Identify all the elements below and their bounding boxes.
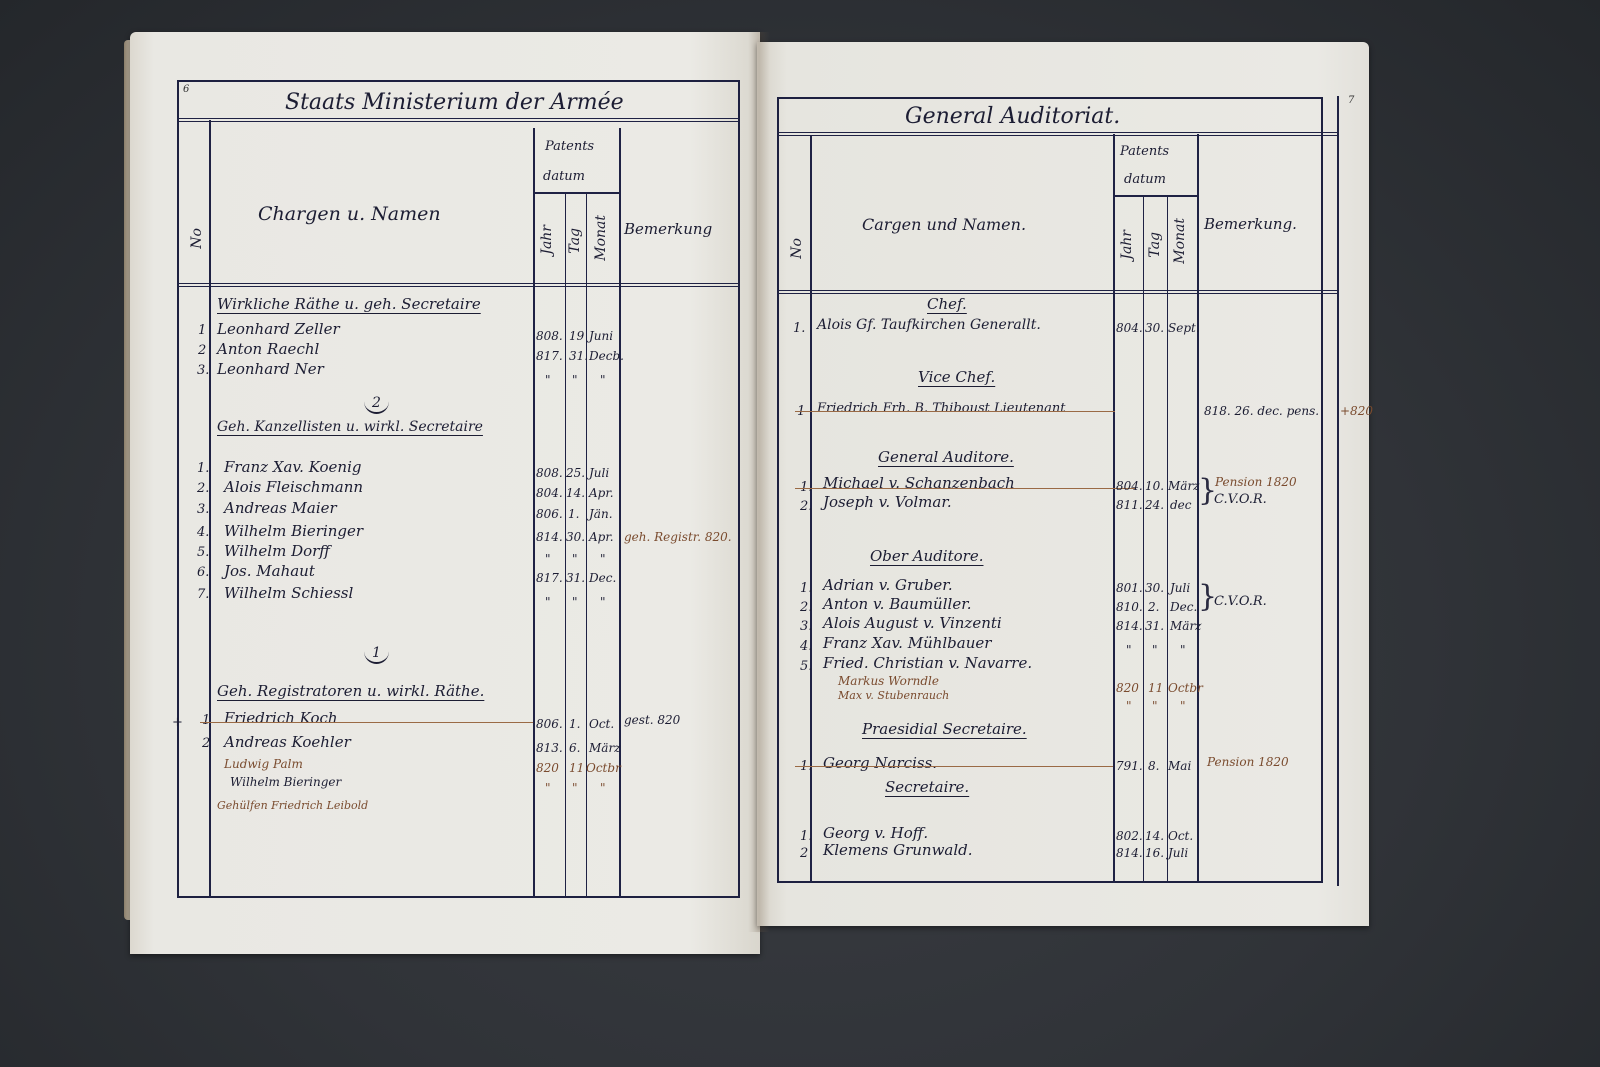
row-day: " — [572, 374, 578, 386]
row-month: Jän. — [589, 508, 613, 520]
row-year: 791. — [1116, 760, 1143, 772]
brace-remark: C.V.O.R. — [1214, 595, 1267, 608]
row-name: Markus Worndle — [838, 675, 939, 687]
strike-through-line — [795, 766, 1113, 767]
row-name: Georg Narciss. — [823, 756, 937, 771]
margin-death-mark: +820 — [1340, 405, 1373, 417]
row-name: Alois Gf. Taufkirchen Generallt. — [817, 318, 1041, 332]
row-day: 25. — [566, 467, 585, 479]
row-name: Leonhard Zeller — [217, 322, 340, 337]
row-day: 31. — [569, 350, 588, 362]
brace-remark: C.V.O.R. — [1214, 493, 1267, 506]
row-month: Juli — [1168, 847, 1188, 859]
row-name: Anton v. Baumüller. — [823, 597, 971, 612]
title-divider — [177, 118, 740, 122]
row-year: 808. — [536, 467, 563, 479]
row-year: 814. — [536, 531, 563, 543]
row-no: 5. — [197, 546, 209, 559]
open-ledger-book: 6 Staats Ministerium der Armée No Charge… — [0, 0, 1600, 1067]
row-year: " — [545, 782, 551, 794]
row-name: Franz Xav. Koenig — [224, 460, 361, 475]
row-name: Joseph v. Volmar. — [823, 495, 952, 510]
col-patent-label: Patents — [545, 140, 594, 153]
row-no: 4. — [197, 526, 209, 539]
strike-through-line — [200, 722, 533, 723]
title-divider — [777, 132, 1337, 136]
row-year: 808. — [536, 330, 563, 342]
row-no: 3. — [197, 503, 209, 516]
col-month-label: Monat — [594, 215, 608, 261]
row-remark: geh. Registr. 820. — [624, 531, 732, 543]
row-day: " — [572, 782, 578, 794]
row-month: Octbr — [1168, 682, 1203, 694]
row-day: 30. — [1145, 322, 1164, 334]
row-name: Wilhelm Bieringer — [230, 776, 341, 788]
row-day: 1. — [569, 718, 580, 730]
row-day: 14. — [566, 487, 585, 499]
row-no: 2. — [197, 482, 209, 495]
row-month: März — [1168, 480, 1200, 492]
row-year: 810. — [1116, 601, 1143, 613]
row-day: 6. — [569, 742, 580, 754]
row-no: 1. — [793, 322, 805, 335]
row-month: Dec. — [1170, 601, 1197, 613]
row-day: 19 — [569, 330, 584, 342]
row-name: Ludwig Palm — [224, 758, 303, 770]
patent-column-rule — [533, 128, 535, 898]
row-name: Friedrich Frh. B. Thiboust Lieutenant — [817, 402, 1066, 415]
row-no: 2 — [202, 737, 210, 750]
row-no: 1. — [800, 830, 812, 843]
row-year: 814. — [1116, 847, 1143, 859]
row-year: 820 — [1116, 682, 1139, 694]
row-year: 817. — [536, 350, 563, 362]
day-column-rule — [1143, 196, 1144, 883]
strike-through-line — [795, 488, 1135, 489]
row-month: Dec. — [589, 572, 616, 584]
row-name: Andreas Maier — [224, 501, 337, 516]
row-day: 2. — [1148, 601, 1159, 613]
row-month: Mai — [1168, 760, 1191, 772]
row-day: 1. — [568, 508, 579, 520]
col-no-label: No — [790, 238, 804, 259]
row-month: Apr. — [589, 531, 614, 543]
row-month: " — [600, 596, 606, 608]
section-heading: Praesidial Secretaire. — [862, 722, 1027, 737]
row-month: " — [1180, 644, 1186, 656]
row-no: 1 — [198, 324, 206, 337]
row-day: 31. — [1145, 620, 1164, 632]
row-name: Georg v. Hoff. — [823, 826, 928, 841]
row-month: März — [1170, 620, 1202, 632]
col-patent-label: Patents — [1120, 145, 1169, 158]
section-heading: Wirkliche Räthe u. geh. Secretaire — [217, 297, 481, 312]
row-name: Anton Raechl — [217, 342, 319, 357]
row-month: Decb. — [589, 350, 624, 362]
col-datum-label: datum — [1124, 173, 1166, 186]
right-outer-rule — [1337, 96, 1339, 886]
row-remark: Pension 1820 — [1215, 476, 1297, 488]
row-no: 1. — [800, 582, 812, 595]
row-year: 804. — [1116, 480, 1143, 492]
row-month: Juni — [589, 330, 613, 342]
row-year: " — [1126, 700, 1132, 712]
row-remark: 818. 26. dec. pens. — [1204, 405, 1319, 417]
section-heading: Vice Chef. — [918, 370, 995, 385]
col-year-label: Jahr — [1120, 230, 1134, 260]
col-day-label: Tag — [568, 228, 582, 254]
section-heading: Ober Auditore. — [870, 549, 983, 564]
row-no: 5. — [800, 660, 812, 673]
row-name: Friedrich Koch — [224, 711, 338, 726]
row-year: 811. — [1116, 499, 1143, 511]
row-no: 1 — [202, 714, 210, 727]
row-name: Klemens Grunwald. — [823, 843, 973, 858]
row-name: Adrian v. Gruber. — [823, 578, 953, 593]
row-name: Alois Fleischmann — [224, 480, 363, 495]
row-no: 3. — [197, 364, 209, 377]
row-day: " — [1152, 700, 1158, 712]
remarks-column-rule — [1197, 134, 1199, 883]
col-datum-label: datum — [543, 170, 585, 183]
day-column-rule — [565, 192, 566, 898]
row-day: 8. — [1148, 760, 1159, 772]
margin-cross-mark: + — [172, 716, 183, 729]
row-year: 802. — [1116, 830, 1143, 842]
remarks-column-rule — [619, 128, 621, 898]
col-year-label: Jahr — [540, 225, 554, 255]
row-day: 14. — [1145, 830, 1164, 842]
book-gutter — [748, 32, 770, 932]
row-name: Leonhard Ner — [217, 362, 324, 377]
row-year: " — [545, 374, 551, 386]
section-heading: Geh. Kanzellisten u. wirkl. Secretaire — [217, 420, 483, 434]
row-day: 24. — [1145, 499, 1164, 511]
col-names-label: Cargen und Namen. — [862, 217, 1026, 233]
section-heading: General Auditore. — [878, 450, 1014, 465]
row-name: Franz Xav. Mühlbauer — [823, 636, 991, 651]
row-no: 3. — [800, 620, 812, 633]
row-year: 801. — [1116, 582, 1143, 594]
row-month: " — [600, 553, 606, 565]
row-no: 7. — [197, 588, 209, 601]
row-day: " — [1152, 644, 1158, 656]
row-month: " — [1180, 700, 1186, 712]
row-no: 1. — [197, 462, 209, 475]
row-no: 4. — [800, 640, 812, 653]
row-month: Sept. — [1168, 322, 1200, 334]
right-page-number: 7 — [1348, 95, 1354, 106]
month-column-rule — [586, 192, 587, 898]
row-month: " — [600, 374, 606, 386]
row-year: 804. — [536, 487, 563, 499]
row-day: 10. — [1145, 480, 1164, 492]
row-name: Fried. Christian v. Navarre. — [823, 656, 1032, 671]
col-remarks-label: Bemerkung — [624, 222, 712, 237]
row-name: Wilhelm Schiessl — [224, 586, 353, 601]
row-year: " — [545, 553, 551, 565]
row-name: Wilhelm Bieringer — [224, 524, 363, 539]
row-name: Wilhelm Dorff — [224, 544, 330, 559]
row-year: 804. — [1116, 322, 1143, 334]
right-page-title: General Auditoriat. — [905, 106, 1120, 128]
row-day: 11 — [569, 762, 584, 774]
col-day-label: Tag — [1148, 232, 1162, 258]
row-year: 806. — [536, 508, 563, 520]
row-day: 16. — [1145, 847, 1164, 859]
month-column-rule — [1167, 196, 1168, 883]
row-year: 806. — [536, 718, 563, 730]
patent-subheader-rule — [533, 192, 621, 194]
row-year: 820 — [536, 762, 559, 774]
row-year: 814. — [1116, 620, 1143, 632]
row-month: Octbr — [586, 762, 621, 774]
row-year: 813. — [536, 742, 563, 754]
section-heading: Geh. Registratoren u. wirkl. Räthe. — [217, 684, 484, 699]
row-month: Juli — [1170, 582, 1190, 594]
row-no: 2. — [800, 500, 812, 513]
col-no-label: No — [190, 228, 204, 249]
left-page-number: 6 — [183, 84, 189, 95]
row-name: Jos. Mahaut — [224, 564, 315, 579]
row-year: " — [1126, 644, 1132, 656]
row-name: Andreas Koehler — [224, 735, 351, 750]
row-name: Max v. Stubenrauch — [838, 690, 949, 701]
col-names-label: Chargen u. Namen — [258, 205, 441, 224]
row-no: 2 — [198, 344, 206, 357]
row-remark: Pension 1820 — [1207, 756, 1289, 768]
row-year: 817. — [536, 572, 563, 584]
col-remarks-label: Bemerkung. — [1204, 217, 1297, 232]
row-day: 31. — [566, 572, 585, 584]
row-day: 30. — [1145, 582, 1164, 594]
section-heading: Secretaire. — [885, 780, 969, 795]
patent-column-rule — [1113, 134, 1115, 883]
row-day: " — [572, 596, 578, 608]
row-day: 11 — [1148, 682, 1163, 694]
row-no: 6. — [197, 566, 209, 579]
row-no: 2 — [800, 847, 808, 860]
row-month: März — [589, 742, 621, 754]
header-divider — [177, 283, 740, 287]
row-no: 2. — [800, 601, 812, 614]
row-day: 30. — [566, 531, 585, 543]
row-year: " — [545, 596, 551, 608]
col-month-label: Monat — [1173, 218, 1187, 264]
row-month: " — [600, 782, 606, 794]
row-month: Oct. — [589, 718, 614, 730]
section-heading: Chef. — [927, 297, 967, 312]
row-remark: gest. 820 — [624, 714, 680, 726]
header-divider — [777, 290, 1337, 294]
row-month: Juli — [589, 467, 609, 479]
row-month: dec — [1170, 499, 1192, 511]
row-day: " — [572, 553, 578, 565]
patent-subheader-rule — [1113, 195, 1199, 197]
row-name: Gehülfen Friedrich Leibold — [217, 800, 368, 811]
strike-through-line — [795, 411, 1115, 412]
row-name: Alois August v. Vinzenti — [823, 616, 1002, 631]
row-month: Apr. — [589, 487, 614, 499]
left-page-title: Staats Ministerium der Armée — [285, 92, 624, 114]
row-month: Oct. — [1168, 830, 1193, 842]
